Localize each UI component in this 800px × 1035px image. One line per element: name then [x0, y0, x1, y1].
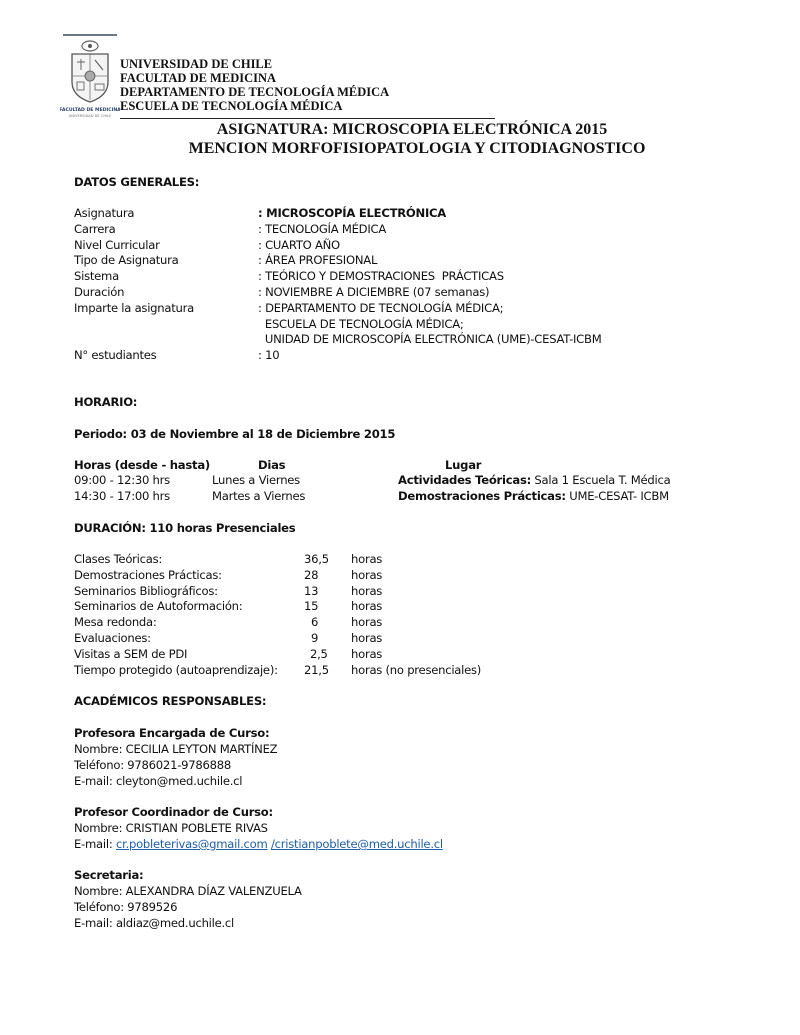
email-label: E-mail:: [74, 837, 116, 851]
horario-col-horas: Horas (desde - hasta): [74, 458, 210, 474]
datos-value: : 10: [258, 348, 279, 364]
page-title: ASIGNATURA: MICROSCOPIA ELECTRÓNICA 2015: [12, 121, 800, 139]
datos-label: Sistema: [74, 269, 119, 285]
datos-label: Asignatura: [74, 206, 134, 222]
duracion-unit: horas: [351, 631, 382, 647]
section-heading-datos-generales: DATOS GENERALES:: [74, 175, 199, 191]
duracion-label: Mesa redonda:: [74, 615, 157, 631]
duracion-value: 9: [311, 631, 351, 647]
datos-value: : NOVIEMBRE A DICIEMBRE (07 semanas): [258, 285, 489, 301]
horario-row-2-horas: 14:30 - 17:00 hrs: [74, 489, 170, 505]
horario-row-2-lugar: Demostraciones Prácticas: UME-CESAT- ICB…: [398, 489, 669, 505]
datos-label: N° estudiantes: [74, 348, 156, 364]
duracion-unit: horas: [351, 599, 382, 615]
section-heading-duracion: DURACIÓN: 110 horas Presenciales: [74, 521, 295, 537]
secretaria-nombre: Nombre: ALEXANDRA DÍAZ VALENZUELA: [74, 884, 302, 900]
duracion-label: Seminarios de Autoformación:: [74, 599, 242, 615]
email-link-gmail[interactable]: cr.pobleterivas@gmail.com: [116, 837, 268, 851]
encargada-nombre: Nombre: CECILIA LEYTON MARTÍNEZ: [74, 742, 277, 758]
duracion-unit: horas: [351, 647, 382, 663]
horario-col-dias: Dias: [258, 458, 285, 474]
datos-label: Duración: [74, 285, 124, 301]
duracion-unit: horas: [351, 552, 382, 568]
section-heading-academicos: ACADÉMICOS RESPONSABLES:: [74, 694, 266, 710]
lugar-label: Demostraciones Prácticas:: [398, 489, 566, 503]
horario-col-lugar: Lugar: [445, 458, 481, 474]
secretaria-heading: Secretaria:: [74, 868, 143, 884]
duracion-label: Seminarios Bibliográficos:: [74, 584, 218, 600]
coordinador-heading: Profesor Coordinador de Curso:: [74, 805, 273, 821]
encargada-email: E-mail: cleyton@med.uchile.cl: [74, 774, 242, 790]
datos-value: : CUARTO AÑO: [258, 238, 340, 254]
duracion-label: Evaluaciones:: [74, 631, 151, 647]
horario-periodo: Periodo: 03 de Noviembre al 18 de Diciem…: [74, 427, 395, 443]
duracion-label: Demostraciones Prácticas:: [74, 568, 222, 584]
svg-text:FACULTAD DE MEDICINA: FACULTAD DE MEDICINA: [60, 107, 120, 113]
duracion-unit: horas (no presenciales): [351, 663, 481, 679]
duracion-unit: horas: [351, 615, 382, 631]
duracion-value: 21,5: [304, 663, 344, 679]
coordinador-nombre: Nombre: CRISTIAN POBLETE RIVAS: [74, 821, 268, 837]
header-university: UNIVERSIDAD DE CHILE: [120, 57, 272, 71]
datos-value: : ÁREA PROFESIONAL: [258, 253, 377, 269]
duracion-unit: horas: [351, 568, 382, 584]
email-link-uchile[interactable]: /cristianpoblete@med.uchile.cl: [271, 837, 443, 851]
header-school: ESCUELA DE TECNOLOGÍA MÉDICA: [120, 99, 342, 113]
datos-value: : TECNOLOGÍA MÉDICA: [258, 222, 386, 238]
datos-value: UNIDAD DE MICROSCOPÍA ELECTRÓNICA (UME)-…: [258, 332, 601, 348]
faculty-logo: FACULTAD DE MEDICINA UNIVERSIDAD DE CHIL…: [60, 32, 120, 122]
horario-row-1-horas: 09:00 - 12:30 hrs: [74, 473, 170, 489]
datos-value: : MICROSCOPÍA ELECTRÓNICA: [258, 206, 446, 222]
header-department: DEPARTAMENTO DE TECNOLOGÍA MÉDICA: [120, 85, 389, 99]
datos-value: : TEÓRICO Y DEMOSTRACIONES PRÁCTICAS: [258, 269, 504, 285]
lugar-value: UME-CESAT- ICBM: [566, 489, 669, 503]
university-crest-icon: FACULTAD DE MEDICINA UNIVERSIDAD DE CHIL…: [60, 32, 120, 122]
section-heading-horario: HORARIO:: [74, 395, 137, 411]
header-divider: [120, 118, 495, 119]
encargada-heading: Profesora Encargada de Curso:: [74, 726, 269, 742]
datos-label: Tipo de Asignatura: [74, 253, 179, 269]
secretaria-telefono: Teléfono: 9789526: [74, 900, 177, 916]
datos-value: : DEPARTAMENTO DE TECNOLOGÍA MÉDICA;: [258, 301, 503, 317]
datos-label: Imparte la asignatura: [74, 301, 194, 317]
duracion-unit: horas: [351, 584, 382, 600]
horario-row-1-lugar: Actividades Teóricas: Sala 1 Escuela T. …: [398, 473, 670, 489]
svg-text:UNIVERSIDAD DE CHILE: UNIVERSIDAD DE CHILE: [69, 114, 112, 118]
duracion-value: 2,5: [310, 647, 350, 663]
duracion-label: Visitas a SEM de PDI: [74, 647, 187, 663]
lugar-value: Sala 1 Escuela T. Médica: [531, 473, 670, 487]
lugar-label: Actividades Teóricas:: [398, 473, 531, 487]
secretaria-email: E-mail: aldiaz@med.uchile.cl: [74, 916, 234, 932]
header-faculty: FACULTAD DE MEDICINA: [120, 71, 276, 85]
encargada-telefono: Teléfono: 9786021-9786888: [74, 758, 231, 774]
duracion-label: Clases Teóricas:: [74, 552, 162, 568]
datos-label: Nivel Curricular: [74, 238, 160, 254]
coordinador-email: E-mail: cr.pobleterivas@gmail.com /crist…: [74, 837, 443, 853]
duracion-value: 13: [304, 584, 344, 600]
datos-label: Carrera: [74, 222, 116, 238]
duracion-label: Tiempo protegido (autoaprendizaje):: [74, 663, 278, 679]
duracion-value: 15: [304, 599, 344, 615]
horario-row-2-dias: Martes a Viernes: [212, 489, 305, 505]
duracion-value: 28: [304, 568, 344, 584]
duracion-value: 36,5: [304, 552, 344, 568]
horario-row-1-dias: Lunes a Viernes: [212, 473, 300, 489]
page-subtitle: MENCION MORFOFISIOPATOLOGIA Y CITODIAGNO…: [17, 140, 800, 158]
datos-value: ESCUELA DE TECNOLOGÍA MÉDICA;: [258, 317, 464, 333]
duracion-value: 6: [311, 615, 351, 631]
